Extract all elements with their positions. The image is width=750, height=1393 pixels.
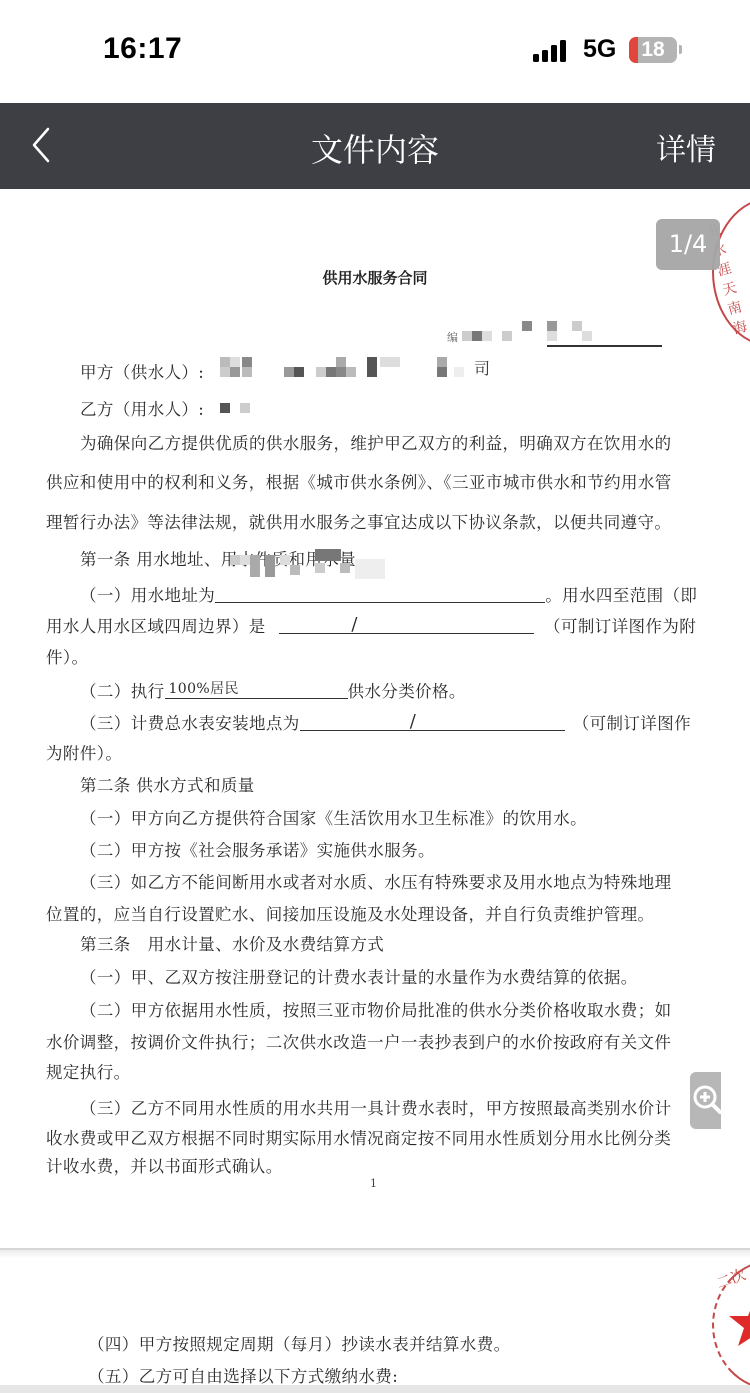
article3-item3-line2: 收水费或甲乙双方根据不同时期实际用水情况商定按不同用水性质划分用水比例分类: [46, 1125, 671, 1149]
item-label: （二）执行: [80, 682, 165, 701]
boundary-value: /: [351, 614, 357, 635]
article3-item2-line1: （二）甲方依据用水性质，按照三亚市物价局批准的供水分类价格收取水费；如: [80, 997, 672, 1021]
article2-item3-line1: （三）如乙方不能间断用水或者对水质、水压有特殊要求及用水地点为特殊地理: [80, 869, 672, 893]
party-b-label: 乙方（用水人）:: [80, 400, 204, 419]
nav-bar: 文件内容 详情: [0, 103, 750, 189]
meter-location-field: /: [300, 713, 565, 731]
item-label: （三）计费总水表安装地点为: [80, 714, 300, 733]
article2-item3-line2: 位置的，应当自行设置贮水、间接加压设施及水处理设备，并自行负责维护管理。: [46, 901, 654, 925]
boundary-field: /: [279, 616, 534, 634]
item-text: 。用水四至范围（即: [545, 586, 697, 605]
article1-item1-line2: 用水人用水区域四周边界）是 / （可制订详图作为附: [46, 613, 696, 637]
intro-line-1: 为确保向乙方提供优质的供水服务，维护甲乙双方的利益，明确双方在饮用水的: [80, 430, 672, 454]
item-label: （一）用水地址为: [80, 586, 215, 605]
bottom-edge: [0, 1385, 750, 1393]
zoom-in-button[interactable]: [690, 1072, 721, 1129]
page-indicator: 1/4: [656, 219, 720, 270]
article3-item3-line1: （三）乙方不同用水性质的用水共用一具计费水表时，甲方按照最高类别水价计: [80, 1095, 672, 1119]
intro-line-3: 理暂行办法》等法律法规，就供用水服务之事宜达成以下协议条款，以便共同遵守。: [46, 509, 671, 533]
battery-level: 18: [629, 37, 677, 63]
price-category-value: 100%居民: [169, 678, 239, 698]
address-field: [215, 585, 545, 603]
article2-heading: 第二条 供水方式和质量: [80, 772, 255, 796]
party-a-label: 甲方（供水人）:: [80, 363, 204, 382]
signal-icon: [533, 40, 569, 62]
article2-item1: （一）甲方向乙方提供符合国家《生活饮用水卫生标准》的饮用水。: [80, 805, 587, 829]
item-text: 用水人用水区域四周边界）是: [46, 617, 266, 636]
article3-heading: 第三条 用水计量、水价及水费结算方式: [80, 931, 384, 955]
item-text: 供水分类价格。: [348, 682, 466, 701]
redacted-party-a: 司: [212, 353, 482, 381]
status-bar: 16:17 5G 18: [0, 0, 750, 103]
item-text: （可制订详图作为附: [544, 617, 696, 636]
page-title: 文件内容: [0, 125, 750, 171]
back-button[interactable]: [28, 125, 58, 165]
article3-item2-line2: 水价调整，按调价文件执行；二次供水改造一户一表抄表到户的水价按政府有关文件: [46, 1029, 671, 1053]
redacted-contract-no: 编: [447, 319, 662, 349]
battery-tip: [679, 45, 682, 54]
article1-item2: （二）执行100%居民供水分类价格。: [80, 678, 466, 702]
article1-item3-line2: 为附件）。: [46, 740, 122, 764]
page2-item4: （四）甲方按照规定周期（每月）抄读水表并结算水费。: [88, 1331, 511, 1355]
article3-item1: （一）甲、乙双方按注册登记的计费水表计量的水量作为水费结算的依据。: [80, 964, 638, 988]
detail-button[interactable]: 详情: [656, 125, 716, 169]
price-category-field: 100%居民: [165, 681, 348, 699]
party-a-line: 甲方（供水人）:: [80, 359, 204, 383]
page-shadow: [0, 1250, 750, 1258]
status-time: 16:17: [103, 32, 182, 66]
seal-star-icon: [725, 1298, 750, 1348]
network-type: 5G: [583, 35, 616, 64]
article1-item1-line1: （一）用水地址为。用水四至范围（即: [80, 582, 697, 606]
item-text: （可制订详图作: [573, 714, 691, 733]
meter-location-value: /: [410, 711, 416, 732]
document-viewer[interactable]: 业水涯天南海 供用水服务合同 编 甲方（供水人）:: [0, 189, 750, 1393]
party-a-suffix: 司: [474, 356, 490, 379]
chevron-left-icon: [28, 125, 58, 165]
battery-icon: 18: [629, 37, 677, 63]
page2-item5: （五）乙方可自由选择以下方式缴纳水费:: [88, 1363, 398, 1387]
article2-item2: （二）甲方按《社会服务承诺》实施供水服务。: [80, 837, 435, 861]
document-title: 供用水服务合同: [0, 267, 750, 288]
article3-item2-line3: 规定执行。: [46, 1059, 131, 1083]
article1-item3-line1: （三）计费总水表安装地点为/（可制订详图作: [80, 710, 691, 734]
zoom-in-icon: [692, 1084, 722, 1114]
intro-line-2: 供应和使用中的权利和义务，根据《城市供水条例》、《三亚市城市供水和节约用水管: [46, 469, 672, 493]
redacted-party-b: [212, 399, 262, 415]
article1-item1-line3: 件）。: [46, 644, 88, 668]
page-number: 1: [370, 1177, 377, 1190]
party-b-line: 乙方（用水人）:: [80, 396, 204, 420]
article3-item3-line3: 计收水费，并以书面形式确认。: [46, 1153, 283, 1177]
